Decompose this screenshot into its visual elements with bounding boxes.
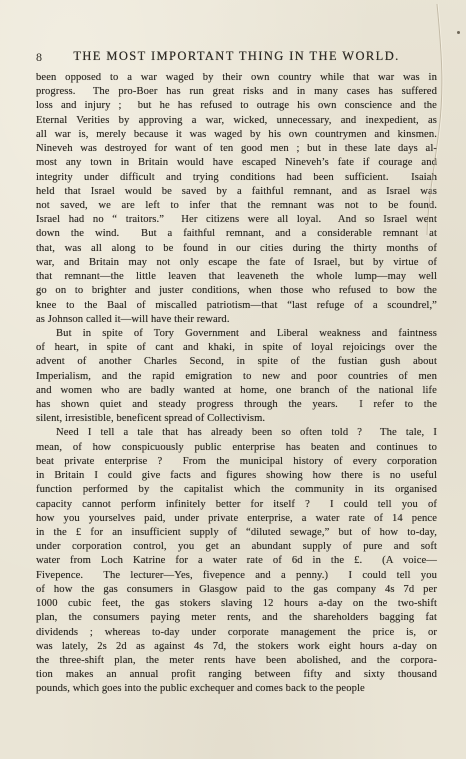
text-line: go on to brighter and juster conditions,… [36,284,437,298]
text-line: Nineveh was destroyed for want of ten go… [36,142,437,156]
text-line: pounds, which goes into the public exche… [36,682,437,696]
running-title: THE MOST IMPORTANT THING IN THE WORLD. [36,49,437,64]
text-line: knee to the Baal of miscalled patriotism… [36,299,437,313]
text-line: held that Israel would be saved by a fai… [36,185,437,199]
text-line: 1000 cubic feet, the gas stokers slaving… [36,597,437,611]
text-line: plan, the consumers paying meter rents, … [36,611,437,625]
running-head: 8 THE MOST IMPORTANT THING IN THE WORLD. [36,49,437,65]
text-line: the three-shift plan, the meter rents ha… [36,654,437,668]
text-line: Fivepence. The lecturer—Yes, fivepence a… [36,569,437,583]
text-line: most any town in Britain would have esca… [36,156,437,170]
text-line: under corporation control, you get an ab… [36,540,437,554]
text-line: dividends ; whereas to-day under corpora… [36,626,437,640]
text-line: that, was all along to be found in our c… [36,242,437,256]
book-page: 8 THE MOST IMPORTANT THING IN THE WORLD.… [0,0,466,759]
text-line: and women who are badly wanted at home, … [36,384,437,398]
text-line: water from Loch Katrine for a water rate… [36,554,437,568]
paragraph: Need I tell a tale that has already been… [36,426,437,696]
text-line: Imperialism, and the rapid emigration to… [36,370,437,384]
page-body: been opposed to a war waged by their own… [36,71,437,697]
text-line: as Johnson called it—will have their rew… [36,313,437,327]
text-line: progress. The pro-Boer has run great ris… [36,85,437,99]
text-line: how you yourselves paid, under private e… [36,512,437,526]
paragraph: But in spite of Tory Government and Libe… [36,327,437,427]
text-line: was lately, 2s 2d as against 4s 7d, the … [36,640,437,654]
text-line: has shown quiet and steady progress thro… [36,398,437,412]
text-line: Eternal Verities by approving a war, wic… [36,114,437,128]
text-line: that remnant—the little leaven that leav… [36,270,437,284]
text-line: of heart, in spite of cant and khaki, in… [36,341,437,355]
text-line: But in spite of Tory Government and Libe… [36,327,437,341]
text-line: Israel had no “ traitors.” Her citizens … [36,213,437,227]
text-line: Need I tell a tale that has already been… [36,426,437,440]
paragraph: been opposed to a war waged by their own… [36,71,437,327]
text-line: silent, irresistible, beneficent spread … [36,412,437,426]
text-line: all war is, merely because it was waged … [36,128,437,142]
text-line: tion makes an annual profit ranging betw… [36,668,437,682]
text-line: in Britain I could give facts and figure… [36,469,437,483]
ink-speck [457,31,460,34]
text-line: not saved, we are left to infer that the… [36,199,437,213]
text-line: in the £ for an insufficient supply of “… [36,526,437,540]
text-line: capacity cannot perform infinitely bette… [36,498,437,512]
text-line: loss and injury ; but he has refused to … [36,99,437,113]
text-line: function performed by the capitalist whi… [36,483,437,497]
text-line: down the wind. But a faithful remnant, a… [36,227,437,241]
text-line: beat private enterprise ? From the munic… [36,455,437,469]
text-line: been opposed to a war waged by their own… [36,71,437,85]
text-line: war, and Britain may not only escape the… [36,256,437,270]
text-line: of how the gas consumers in Glasgow paid… [36,583,437,597]
text-line: mean, of how conspicuously public enterp… [36,441,437,455]
text-line: advent of another Charles Second, in spi… [36,355,437,369]
text-line: integrity under difficult and trying con… [36,171,437,185]
